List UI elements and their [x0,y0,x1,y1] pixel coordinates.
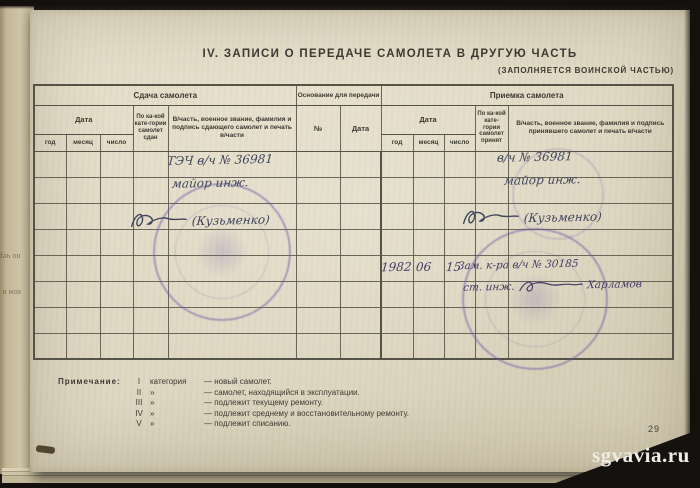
table-cell [66,281,100,307]
table-cell [508,307,673,333]
handwritten-note-line1: Зам. к-ра в/ч № 30185 [458,258,579,273]
signature-squiggle-icon [129,207,189,235]
table-cell [34,151,66,177]
col-header-osnovanie-date: Дата [340,105,381,151]
page-number: 29 [648,424,660,434]
table-cell [296,229,340,255]
handwritten-date-mesyats: 06 [415,260,431,274]
table-cell [340,307,381,333]
footnote-category-text: — подлежит среднему и восстановительному… [204,409,498,420]
table-cell [296,281,340,307]
handwritten-date-god: 1982 [380,260,412,275]
table-cell [100,333,133,359]
table-row [34,307,673,333]
footnote-category-word: категория [150,377,204,388]
table-cell [296,151,340,177]
col-header-sdacha-group: Сдача самолета [34,85,296,105]
footnote-label: Примечание: [58,377,128,388]
footnote-category-num: III [128,398,150,409]
table-cell [100,151,133,177]
footnote-category-text: — самолет, находящийся в эксплуатации. [204,388,498,399]
footnote-category-num: I [128,377,150,388]
table-cell [340,151,381,177]
table-cell [381,281,413,307]
footnote-category-num: II [128,388,150,399]
table-cell [66,151,100,177]
underpage-edge: по черт. ком и ц [0,6,34,474]
handwritten-priemka-signature-name: (Кузьменко) [523,210,602,226]
footnote-row: V » — подлежит списанию. [58,419,498,430]
table-cell [100,307,133,333]
table-cell [34,281,66,307]
footnote-category-word: » [150,388,204,399]
footnote-row: II » — самолет, находящийся в эксплуатац… [58,388,498,399]
table-cell [413,307,444,333]
table-cell [168,333,296,359]
table-cell [100,281,133,307]
footnote: Примечание: I категория — новый самолет.… [58,377,498,430]
table-cell [133,151,168,177]
photo-scene: по черт. ком и ц IV. ЗАПИСИ О ПЕРЕДАЧЕ С… [0,0,700,488]
table-cell [296,255,340,281]
table-cell [34,203,66,229]
table-cell [508,229,673,255]
signature-squiggle-icon [517,276,585,298]
col-header-osnovanie-num: № [296,105,340,151]
handwritten-sdacha-unit-line2: майор инж. [171,175,249,191]
table-cell [168,255,296,281]
footnote-category-word: » [150,398,204,409]
photo-shadow-bottom [0,483,700,488]
table-cell [133,333,168,359]
table-cell [475,333,508,359]
table-cell [66,229,100,255]
handwritten-priemka-unit-line2: майор инж. [503,172,581,188]
table-cell [100,177,133,203]
table-cell [413,229,444,255]
table-cell [444,333,475,359]
col-header-priemka-category: По ка-кой кате-гории самолет принят [475,105,508,151]
col-header-priemka-date: Дата [381,105,475,134]
table-cell [296,307,340,333]
table-cell [381,307,413,333]
table-cell [444,307,475,333]
table-cell [475,229,508,255]
table-cell [66,203,100,229]
footnote-row: IV » — подлежит среднему и восстановител… [58,409,498,420]
table-cell [381,229,413,255]
col-header-priemka-god: год [381,134,413,151]
table-cell [381,151,413,177]
handwritten-note-line2: ст. инж. Харламов [462,275,642,300]
table-cell [100,255,133,281]
table-cell [133,281,168,307]
table-cell [381,203,413,229]
footnote-category-text: — новый самолет. [204,377,498,388]
table-cell [168,281,296,307]
table-cell [381,177,413,203]
col-header-priemka-chislo: число [444,134,475,151]
table-cell [168,307,296,333]
signature-squiggle-icon [461,204,521,232]
table-cell [413,203,444,229]
table-row [34,333,673,359]
footnote-category-text: — подлежит текущему ремонту. [204,398,498,409]
footnote-category-word: » [150,419,204,430]
bleed-text: по черт. [0,252,21,261]
table-cell [66,333,100,359]
table-cell [413,151,444,177]
table-cell [340,333,381,359]
handwritten-priemka-signature: (Кузьменко) [461,203,603,233]
col-header-priemka-group: Приемка самолета [381,85,673,105]
col-header-sdacha-chislo: число [100,134,133,151]
page-title: IV. ЗАПИСИ О ПЕРЕДАЧЕ САМОЛЕТА В ДРУГУЮ … [70,48,700,60]
col-header-sdacha-unit: В/часть, военное звание, фамилия и подпи… [168,105,296,151]
table-cell [100,203,133,229]
table-cell [413,281,444,307]
table-cell [340,177,381,203]
table-cell [34,255,66,281]
footnote-category-word: » [150,409,204,420]
handwritten-note-name: Харламов [587,278,643,291]
col-header-sdacha-date: Дата [34,105,133,134]
table-cell [133,177,168,203]
footnote-category-num: V [128,419,150,430]
col-header-sdacha-mesyats: месяц [66,134,100,151]
table-cell [296,177,340,203]
table-cell [413,177,444,203]
handwritten-sdacha-signature-name: (Кузьменко) [191,213,270,229]
page-subtitle: (ЗАПОЛНЯЕТСЯ ВОИНСКОЙ ЧАСТЬЮ) [70,66,674,75]
handwritten-note-rank: ст. инж. [463,281,515,294]
photo-shadow-right [684,0,700,488]
table-cell [508,333,673,359]
table-cell [444,177,475,203]
table-cell [296,203,340,229]
table-cell [34,229,66,255]
table-cell [444,229,475,255]
table-cell [340,281,381,307]
table-cell [66,255,100,281]
table-cell [296,333,340,359]
handwritten-priemka-unit-line1: в/ч № 36981 [496,149,573,165]
table-cell [340,203,381,229]
col-header-osnovanie-group: Основание для передачи [296,85,381,105]
handwritten-sdacha-signature: (Кузьменко) [129,206,271,236]
table-cell [34,333,66,359]
handwritten-sdacha-unit-line1: ТЭЧ в/ч № 36981 [166,152,273,168]
table-cell [34,177,66,203]
table-cell [34,307,66,333]
table-cell [133,255,168,281]
watermark: sgvavia.ru [592,443,690,468]
footnote-category-text: — подлежит списанию. [204,419,498,430]
table-cell [66,177,100,203]
col-header-sdacha-god: год [34,134,66,151]
bleed-text: ком и ц [0,288,21,297]
table-cell [444,151,475,177]
table-cell [133,307,168,333]
table-cell [66,307,100,333]
footnote-category-num: IV [128,409,150,420]
table-cell [413,333,444,359]
col-header-priemka-mesyats: месяц [413,134,444,151]
photo-shadow-top [0,0,700,9]
col-header-sdacha-category: По ка-кой кате-гории самолет сдан [133,105,168,151]
table-cell [340,255,381,281]
table-cell [475,307,508,333]
col-header-priemka-unit: В/часть, военное звание, фамилия и подпи… [508,105,673,151]
footnote-row: III » — подлежит текущему ремонту. [58,398,498,409]
table-cell [340,229,381,255]
footnote-row: Примечание: I категория — новый самолет. [58,377,498,388]
table-cell [381,333,413,359]
